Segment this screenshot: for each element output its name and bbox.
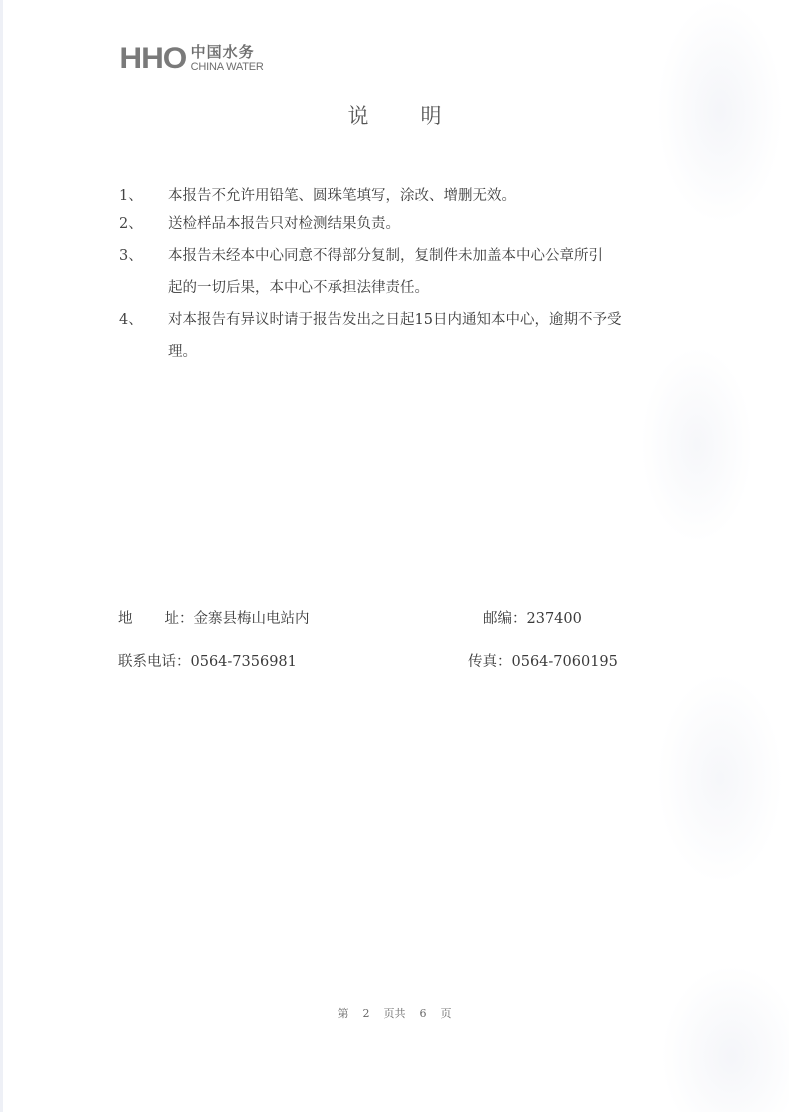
phone: 联系电话：0564-7356981 (118, 650, 297, 671)
phone-label: 联系电话： (118, 654, 191, 670)
page-suffix: 页 (441, 1007, 452, 1020)
note-item: 3、 本报告未经本中心同意不得部分复制，复制件未加盖本中心公章所引起的一切后果，… (119, 240, 679, 304)
note-number: 4、 (119, 304, 168, 368)
note-item: 2、 送检样品本报告只对检测结果负责。 (119, 208, 679, 240)
logo-mark: HHO (119, 44, 186, 74)
page-mid: 页共 (384, 1007, 406, 1020)
postcode-label: 邮编： (483, 611, 527, 627)
fax-label: 传真： (468, 654, 512, 670)
fax-value: 0564-7060195 (512, 654, 618, 670)
page-current: 2 (363, 1007, 370, 1020)
phone-value: 0564-7356981 (191, 654, 297, 670)
logo-name-en: CHINA WATER (191, 62, 264, 73)
address-value: 金寨县梅山电站内 (194, 611, 310, 627)
address-label-a: 地 (118, 611, 133, 627)
company-logo: HHO 中国水务 CHINA WATER (121, 44, 264, 74)
logo-name-cn: 中国水务 (191, 45, 264, 60)
address-label-b: 址： (165, 611, 194, 627)
scan-edge (0, 0, 3, 1112)
page-total: 6 (420, 1007, 427, 1020)
note-number: 2、 (119, 208, 168, 240)
address: 地址：金寨县梅山电站内 (118, 607, 310, 628)
notes-list: 1、 本报告不允许用铅笔、圆珠笔填写，涂改、增删无效。 2、 送检样品本报告只对… (119, 180, 679, 368)
postcode-value: 237400 (527, 611, 582, 627)
logo-text: 中国水务 CHINA WATER (191, 45, 264, 73)
page-footer: 第2页共6页 (0, 1005, 789, 1021)
note-text: 送检样品本报告只对检测结果负责。 (168, 208, 679, 240)
title-char-1: 说 (348, 100, 369, 130)
page-title: 说明 (0, 100, 789, 130)
fax: 传真：0564-7060195 (468, 650, 618, 671)
postcode: 邮编：237400 (483, 607, 582, 628)
page-prefix: 第 (338, 1007, 349, 1020)
title-char-2: 明 (421, 100, 442, 130)
note-item: 4、 对本报告有异议时请于报告发出之日起15日内通知本中心，逾期不予受理。 (119, 304, 679, 368)
note-number: 3、 (119, 240, 168, 304)
note-text: 对本报告有异议时请于报告发出之日起15日内通知本中心，逾期不予受理。 (168, 304, 679, 368)
scan-noise (559, 0, 789, 1112)
note-text: 本报告未经本中心同意不得部分复制，复制件未加盖本中心公章所引起的一切后果，本中心… (168, 240, 679, 304)
